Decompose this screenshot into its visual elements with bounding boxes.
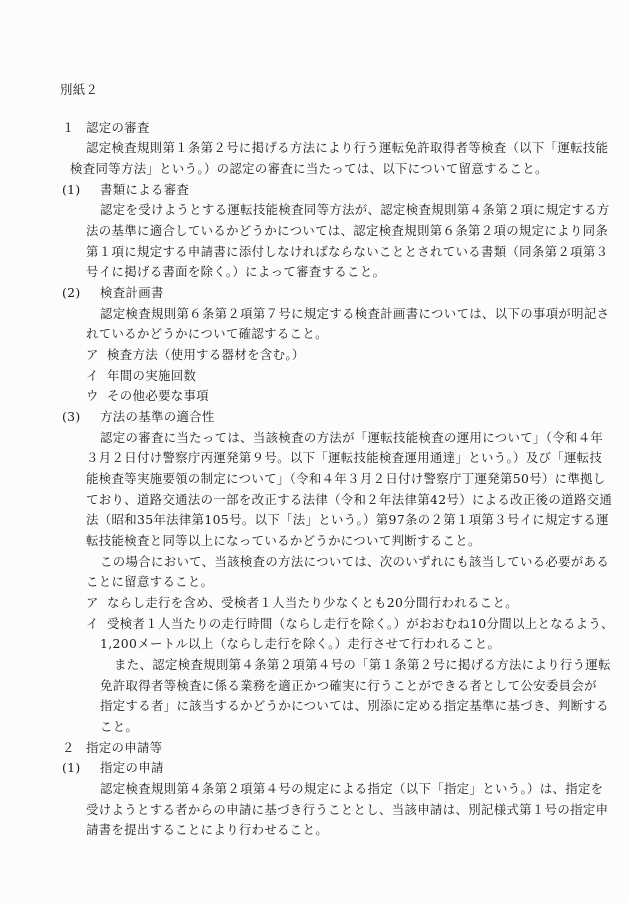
item-1-1-number: (1) <box>62 182 81 198</box>
paragraph-line: この場合において、当該検査の方法については、次のいずれにも該当している必要がある <box>100 554 581 570</box>
paragraph-line: 指定する者」に該当するかどうかについては、別添に定める指定基準に基づき、判断する <box>100 698 581 714</box>
attachment-label: 別紙２ <box>60 82 98 98</box>
paragraph-line: ており、道路交通法の一部を改正する法律（令和２年法律第42号）による改正後の道路… <box>86 492 581 508</box>
paragraph-line: 認定を受けようとする運転技能検査同等方法が、認定検査規則第４条第２項に規定する方 <box>100 202 581 218</box>
paragraph-line: 請書を提出することにより行わせること。 <box>86 822 328 838</box>
item-2-1-title: 指定の申請 <box>100 760 164 776</box>
paragraph-line: 法の基準に適合しているかどうかについては、認定検査規則第６条第２項の規定により同… <box>86 223 581 239</box>
list-item-text: 年間の実施回数 <box>107 368 196 384</box>
list-item-text: 1,200メートル以上（ならし走行を除く。）走行させて行われること。 <box>100 636 500 652</box>
document-page: 別紙２ １ 認定の審査 認定検査規則第１条第２号に掲げる方法により行う運転免許取… <box>0 0 630 903</box>
paragraph-line: 認定検査規則第４条第２項第４号の規定による指定（以下「指定」という。）は、指定を <box>100 781 581 797</box>
paragraph-line: 免許取得者等検査に係る業務を適正かつ確実に行うことができる者として公安委員会が <box>100 678 581 694</box>
list-label: イ <box>86 368 99 384</box>
paragraph-line: 認定検査規則第６条第２項第７号に規定する検査計画書については、以下の事項が明記さ <box>100 306 581 322</box>
list-item-text: ならし走行を含め、受検者１人当たり少なくとも20分間行われること。 <box>107 595 518 611</box>
list-label: ウ <box>86 388 99 404</box>
item-1-3-number: (3) <box>62 409 81 425</box>
paragraph-line: 第１項に規定する申請書に添付しなければならないこととされている書類（同条第２項第… <box>86 244 581 260</box>
item-1-2-number: (2) <box>62 285 81 301</box>
section-2-title: 指定の申請等 <box>86 740 162 756</box>
item-1-1-title: 書類による審査 <box>100 182 189 198</box>
paragraph-line: 能検査等実施要領の制定について」（令和４年３月２日付け警察庁丁運発第50号）に準… <box>86 471 581 487</box>
paragraph-line: 号イに掲げる書面を除く。）によって審査すること。 <box>86 264 385 280</box>
paragraph-line: 認定の審査に当たっては、当該検査の方法が「運転技能検査の運用について」（令和４年 <box>100 430 581 446</box>
list-label: ア <box>86 347 99 363</box>
paragraph-line: 受けようとする者からの申請に基づき行うこととし、当該申請は、別記様式第１号の指定… <box>86 802 581 818</box>
item-1-2-title: 検査計画書 <box>100 285 164 301</box>
paragraph-line: また、認定検査規則第４条第２項第４号の「第１条第２号に掲げる方法により行う運転 <box>114 657 581 673</box>
list-item-text: 検査方法（使用する器材を含む。） <box>107 347 305 363</box>
list-label: ア <box>86 595 99 611</box>
list-item-text: 受検者１人当たりの走行時間（ならし走行を除く。）がおおむね10分間以上となるよう… <box>107 616 581 632</box>
paragraph-line: こと。 <box>100 719 138 735</box>
paragraph-line: ことに留意すること。 <box>86 574 213 590</box>
list-label: イ <box>86 616 99 632</box>
section-1-number: １ <box>62 120 75 136</box>
item-2-1-number: (1) <box>62 760 81 776</box>
item-1-3-title: 方法の基準の適合性 <box>100 409 215 425</box>
paragraph-line: ３月２日付け警察庁丙運発第９号。以下「運転技能検査運用通達」という。）及び「運転… <box>86 450 581 466</box>
paragraph-line: 検査同等方法」という。）の認定の審査に当たっては、以下について留意すること。 <box>70 161 548 177</box>
section-2-number: ２ <box>62 740 75 756</box>
paragraph-line: 転技能検査と同等以上になっているかどうかについて判断すること。 <box>86 533 481 549</box>
list-item-text: その他必要な事項 <box>107 388 209 404</box>
section-1-title: 認定の審査 <box>86 120 150 136</box>
paragraph-line: 法（昭和35年法律第105号。以下「法」という。）第97条の２第１項第３号イに規… <box>86 512 581 528</box>
paragraph-line: 認定検査規則第１条第２号に掲げる方法により行う運転免許取得者等検査（以下「運転技… <box>86 140 581 156</box>
paragraph-line: れているかどうかについて確認すること。 <box>86 326 328 342</box>
